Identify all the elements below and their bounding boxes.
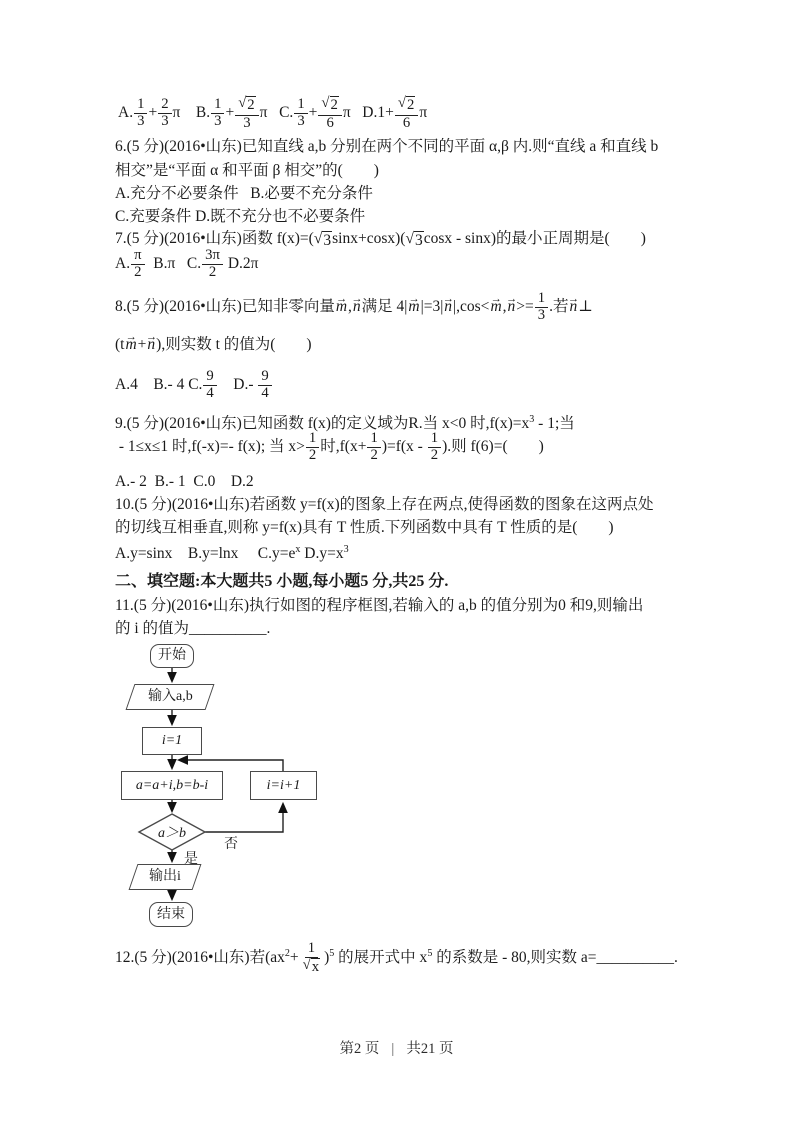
q6-line1: 6.(5 分)(2016•山东)已知直线 a,b 分别在两个不同的平面 α,β … <box>115 136 658 158</box>
q10-options-line: A.y=sinx B.y=lnx C.y=ex D.y=x3 <box>115 539 349 565</box>
program-flowchart: 开始 输入a,b i=1 a=a+i,b=b-i i=i+1 a＞b 否 是 输… <box>115 640 345 932</box>
flowchart-condition-label: a＞b <box>139 814 205 850</box>
fraction: 13 <box>535 291 548 323</box>
vector-symbol: m <box>124 334 137 356</box>
flowchart-start-node: 开始 <box>150 644 194 668</box>
exam-page: { "content": { "q5_options_runs": [ {"t"… <box>0 0 793 1122</box>
fraction: 94 <box>258 369 271 401</box>
fraction: 23 <box>158 97 171 129</box>
fraction: √23 <box>235 96 258 131</box>
fraction: 12 <box>306 431 319 463</box>
q7-options-line: A.π2 B.π C.3π2 D.2π <box>115 246 258 282</box>
q12-line: 12.(5 分)(2016•山东)若(ax2+1√x)5 的展开式中 x5 的系… <box>115 934 678 978</box>
vector-symbol: n <box>443 289 453 325</box>
flowchart-init-node: i=1 <box>142 727 202 755</box>
fraction: √26 <box>395 96 418 131</box>
footer-page-number: 第2 页 <box>340 1041 380 1057</box>
q9-line2: - 1≤x≤1 时,f(-x)=- f(x); 当 x>12时,f(x+12)=… <box>115 429 544 465</box>
sqrt-expression: √3 <box>405 231 423 251</box>
vector-symbol: n <box>146 334 156 356</box>
sqrt-expression: √2 <box>321 96 338 115</box>
q6-options-ab: A.充分不必要条件 B.必要不充分条件 <box>115 183 373 205</box>
q9-options-line: A.- 2 B.- 1 C.0 D.2 <box>115 471 254 493</box>
fraction: 12 <box>428 431 441 463</box>
fraction: 3π2 <box>202 248 223 280</box>
vector-symbol: m <box>489 289 502 325</box>
q8-line1: 8.(5 分)(2016•山东)已知非零向量m,n满足 4|m|=3|n|,co… <box>115 289 593 325</box>
fraction: 13 <box>294 97 307 129</box>
q6-options-cd: C.充要条件 D.既不充分也不必要条件 <box>115 206 365 228</box>
fraction: 94 <box>203 369 216 401</box>
page-footer: 第2 页|共21 页 <box>0 1037 793 1058</box>
fraction: 12 <box>367 431 380 463</box>
q11-line1: 11.(5 分)(2016•山东)执行如图的程序框图,若输入的 a,b 的值分别… <box>115 595 643 617</box>
sqrt-expression: √x <box>303 958 320 977</box>
q10-line2: 的切线互相垂直,则称 y=f(x)具有 T 性质.下列函数中具有 T 性质的是(… <box>115 517 614 539</box>
flowchart-output-node: 输出i <box>129 864 202 890</box>
flowchart-input-label: 输入a,b <box>148 690 193 704</box>
q10-line1: 10.(5 分)(2016•山东)若函数 y=f(x)的图象上存在两点,使得函数… <box>115 494 654 516</box>
flowchart-input-node: 输入a,b <box>126 684 215 710</box>
vector-symbol: n <box>569 289 579 325</box>
flowchart-increment-node: i=i+1 <box>250 771 317 800</box>
fraction: √26 <box>318 96 341 131</box>
fraction: 13 <box>211 97 224 129</box>
sqrt-expression: √2 <box>398 96 415 115</box>
vector-symbol: m <box>407 289 420 325</box>
flowchart-end-node: 结束 <box>149 902 193 927</box>
fraction: π2 <box>131 248 144 280</box>
fraction: 13 <box>134 97 147 129</box>
flowchart-no-label: 否 <box>219 834 243 852</box>
sqrt-expression: √2 <box>238 96 255 115</box>
fraction: 1√x <box>300 941 323 976</box>
flowchart-output-label: 输出i <box>149 870 181 884</box>
q8-options-line: A.4 B.- 4 C.94 D.- 94 <box>115 367 273 403</box>
vector-symbol: n <box>507 289 517 325</box>
footer-total-pages: 共21 页 <box>406 1041 453 1057</box>
sqrt-expression: √3 <box>314 231 332 251</box>
q11-line2: 的 i 的值为__________. <box>115 618 270 640</box>
section2-heading: 二、填空题:本大题共5 小题,每小题5 分,共25 分. <box>115 571 448 593</box>
flowchart-assign-node: a=a+i,b=b-i <box>121 771 223 800</box>
q8-line2: (tm+n),则实数 t 的值为( ) <box>115 334 312 356</box>
q5-options-line: A.13+23π B.13+√23π C.13+√26π D.1+√26π <box>118 95 427 131</box>
vector-symbol: m <box>335 289 348 325</box>
footer-separator: | <box>379 1041 406 1057</box>
q6-line2: 相交”是“平面 α 和平面 β 相交”的( ) <box>115 160 379 182</box>
vector-symbol: n <box>352 289 362 325</box>
